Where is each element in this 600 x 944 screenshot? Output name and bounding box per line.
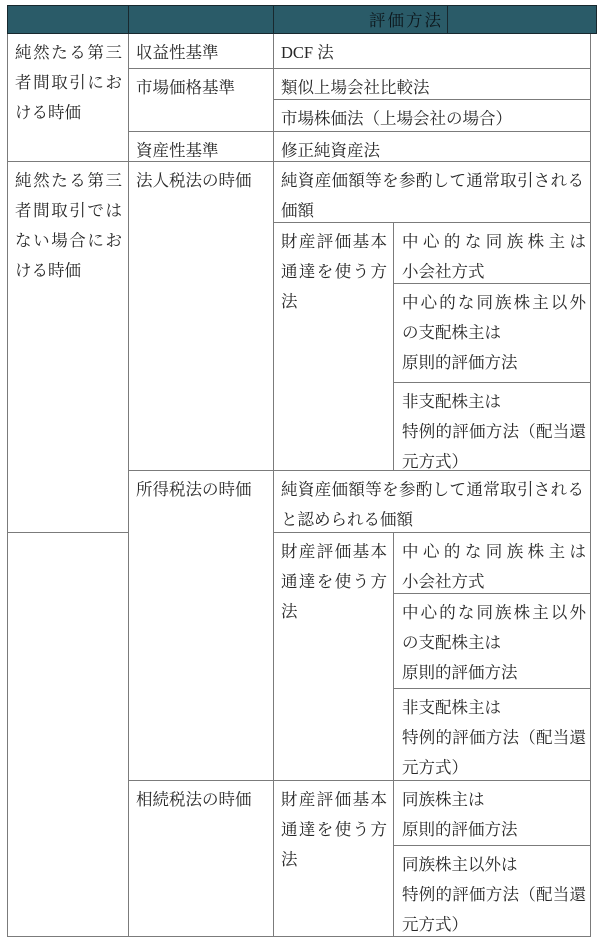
cell-category-arms-length: 純然たる第三者間取引における時価 <box>7 33 129 162</box>
cell-text-line: 純然たる第三 <box>15 38 122 68</box>
cell-text-line: 同族株主以外は <box>402 850 586 880</box>
cell-detail-central-family-small-co-2: 中心的な同族株主は小会社方式 <box>393 532 591 594</box>
cell-basis-income-tax: 所得税法の時価 <box>128 470 274 781</box>
cell-text-line: 中心的な同族株主以外 <box>402 598 586 628</box>
cell-text-line: 原則的評価方法 <box>402 658 586 688</box>
cell-basis-profitability: 収益性基準 <box>128 33 274 69</box>
cell-text-line: 法 <box>281 845 387 875</box>
header-title: 評価方法 <box>273 5 448 34</box>
cell-detail-non-controlling-special-2: 非支配株主は特例的評価方法（配当還元方式） <box>393 688 591 781</box>
cell-detail-non-controlling-special: 非支配株主は特例的評価方法（配当還元方式） <box>393 382 591 471</box>
cell-method-dcf: DCF 法 <box>273 33 591 69</box>
cell-text-line: 通達を使う方 <box>281 567 387 597</box>
cell-text-line: 元方式） <box>402 753 586 781</box>
cell-category-non-arms-length: 純然たる第三者間取引ではない場合における時価 <box>7 161 129 533</box>
cell-basis-corporate-tax: 法人税法の時価 <box>128 161 274 471</box>
cell-text-line: ない場合にお <box>15 226 122 256</box>
cell-text-line: 小会社方式 <box>402 257 586 284</box>
cell-basis-inheritance-tax: 相続税法の時価 <box>128 780 274 937</box>
cell-approach-property-valuation-3: 財産評価基本通達を使う方法 <box>273 780 394 937</box>
cell-text-line: 者間取引では <box>15 196 122 226</box>
cell-text-line: 原則的評価方法 <box>402 348 586 378</box>
cell-method-market-share-price: 市場株価法（上場会社の場合） <box>273 99 591 132</box>
valuation-methods-table: 純然たる第三者間取引における時価 純然たる第三者間取引ではない場合における時価 … <box>0 0 600 944</box>
cell-category-empty <box>7 532 129 937</box>
header-cell-4 <box>447 5 597 34</box>
cell-detail-other-controlling-principle-2: 中心的な同族株主以外の支配株主は原則的評価方法 <box>393 593 591 689</box>
cell-text-line: 特例的評価方法（配当還 <box>402 880 586 910</box>
cell-text-line: 中心的な同族株主は <box>402 227 586 257</box>
cell-detail-other-controlling-principle: 中心的な同族株主以外の支配株主は原則的評価方法 <box>393 283 591 383</box>
header-cell-2 <box>128 5 274 34</box>
cell-text-line: 価額 <box>281 196 584 223</box>
cell-basis-asset: 資産性基準 <box>128 131 274 162</box>
cell-text-line: ける時価 <box>15 256 122 286</box>
cell-text-line: 法 <box>281 597 387 627</box>
cell-text-line: 中心的な同族株主は <box>402 537 586 567</box>
cell-detail-non-family-special: 同族株主以外は特例的評価方法（配当還元方式） <box>393 845 591 937</box>
cell-text-line: 特例的評価方法（配当還 <box>402 417 586 447</box>
cell-text-line: と認められる価額 <box>281 505 584 533</box>
cell-text-line: 中心的な同族株主以外 <box>402 288 586 318</box>
cell-text-line: 者間取引にお <box>15 68 122 98</box>
cell-text-line: ける時価 <box>15 98 122 128</box>
cell-text-line: 小会社方式 <box>402 567 586 594</box>
cell-text-line: 原則的評価方法 <box>402 815 586 845</box>
cell-text-line: 通達を使う方 <box>281 815 387 845</box>
cell-method-adjusted-net-asset: 修正純資産法 <box>273 131 591 162</box>
cell-text-line: 元方式） <box>402 910 586 937</box>
cell-text-line: 法 <box>281 287 387 317</box>
cell-method-comparable-listed: 類似上場会社比較法 <box>273 68 591 100</box>
cell-text-line: の支配株主は <box>402 628 586 658</box>
cell-basis-market-price: 市場価格基準 <box>128 68 274 132</box>
cell-text-line: の支配株主は <box>402 318 586 348</box>
cell-text-line: 同族株主は <box>402 785 586 815</box>
cell-text-line: 財産評価基本 <box>281 537 387 567</box>
cell-detail-central-family-small-co: 中心的な同族株主は小会社方式 <box>393 222 591 284</box>
cell-text-line: 通達を使う方 <box>281 257 387 287</box>
cell-text-line: 純然たる第三 <box>15 166 122 196</box>
cell-text-line: 純資産価額等を参酌して通常取引される <box>281 166 584 196</box>
cell-text-line: 非支配株主は <box>402 693 586 723</box>
cell-text-line: 非支配株主は <box>402 387 586 417</box>
header-cell-1 <box>7 5 129 34</box>
cell-text-line: 財産評価基本 <box>281 227 387 257</box>
cell-text-line: 元方式） <box>402 447 586 471</box>
cell-approach-property-valuation-2: 財産評価基本通達を使う方法 <box>273 532 394 781</box>
cell-text-line: 財産評価基本 <box>281 785 387 815</box>
cell-method-income-tax-value: 純資産価額等を参酌して通常取引されると認められる価額 <box>273 470 591 533</box>
cell-text-line: 特例的評価方法（配当還 <box>402 723 586 753</box>
cell-detail-family-principle: 同族株主は原則的評価方法 <box>393 780 591 846</box>
cell-approach-property-valuation-1: 財産評価基本通達を使う方法 <box>273 222 394 471</box>
cell-method-corporate-tax-value: 純資産価額等を参酌して通常取引される価額 <box>273 161 591 223</box>
cell-text-line: 純資産価額等を参酌して通常取引される <box>281 475 584 505</box>
